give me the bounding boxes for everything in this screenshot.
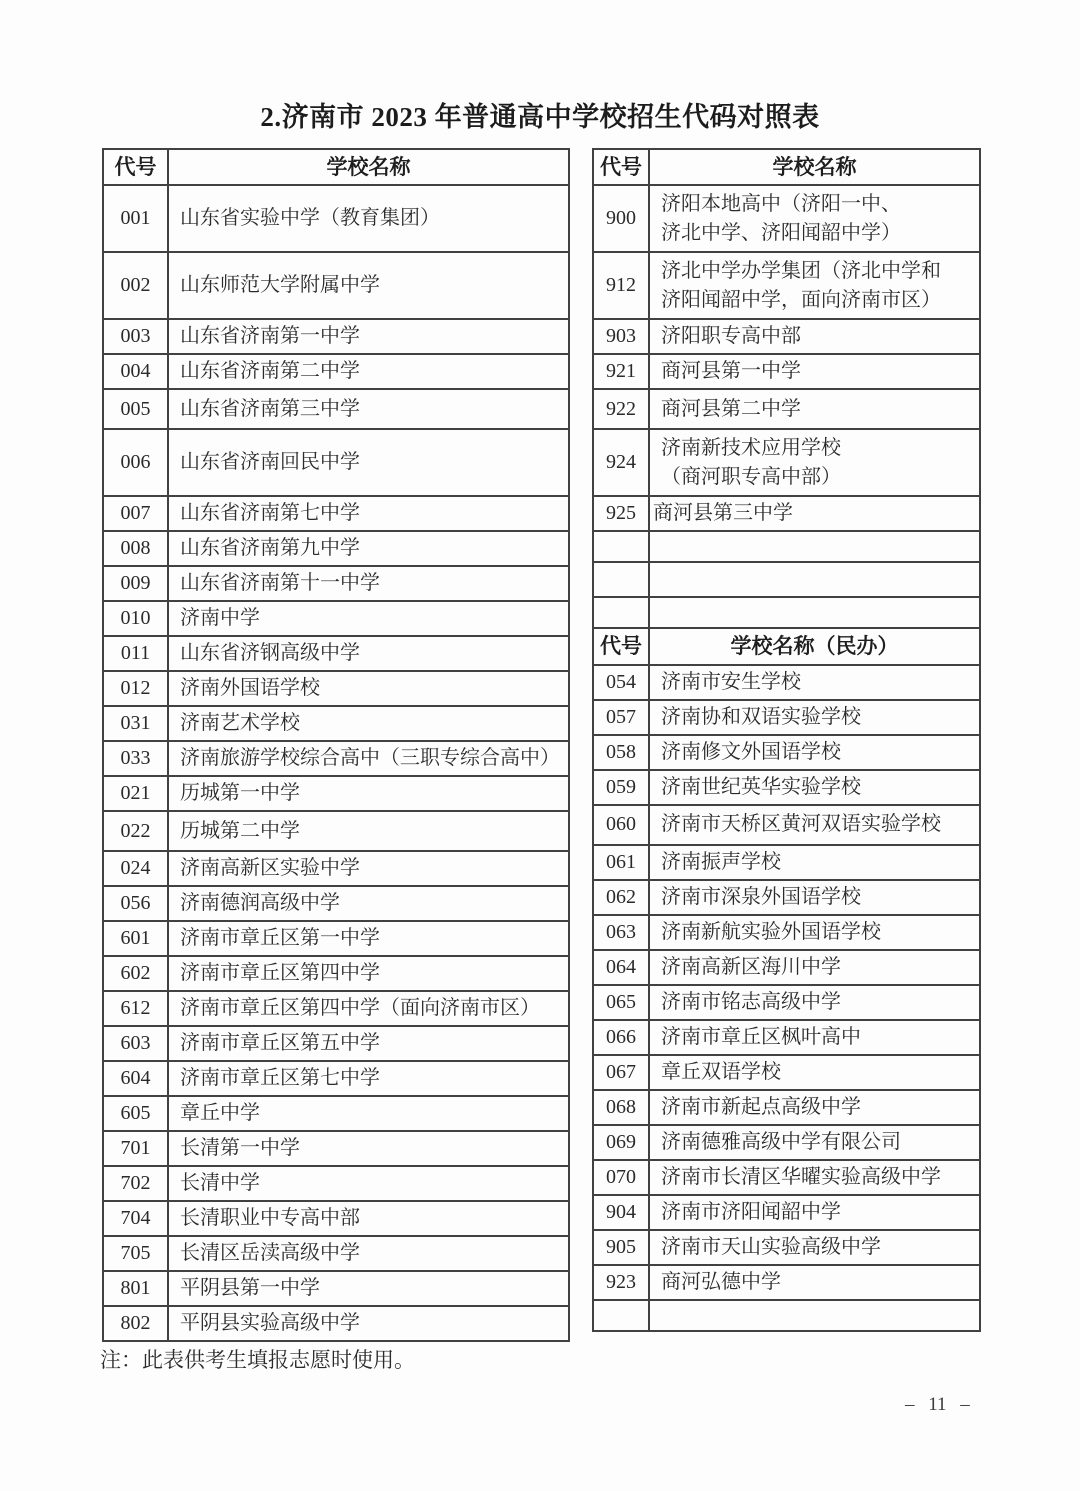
table-row: 066济南市章丘区枫叶高中: [593, 1020, 980, 1055]
table-row: 904济南市济阳闻韶中学: [593, 1195, 980, 1230]
table-row: 054济南市安生学校: [593, 665, 980, 700]
code-cell: 705: [103, 1236, 168, 1271]
code-cell: 905: [593, 1230, 649, 1265]
table-row: 001山东省实验中学（教育集团）: [103, 185, 569, 252]
code-cell: 605: [103, 1096, 168, 1131]
table-row: 006山东省济南回民中学: [103, 429, 569, 496]
table-row: 604济南市章丘区第七中学: [103, 1061, 569, 1096]
table-row: 070济南市长清区华曜实验高级中学: [593, 1160, 980, 1195]
code-cell: 601: [103, 921, 168, 956]
code-cell: 009: [103, 566, 168, 601]
school-name-cell: 商河县第一中学: [649, 354, 980, 389]
school-name-cell: 山东省实验中学（教育集团）: [168, 185, 569, 252]
school-name-cell: 济阳职专高中部: [649, 319, 980, 354]
code-cell: 011: [103, 636, 168, 671]
table-row: 924济南新技术应用学校 （商河职专高中部）: [593, 429, 980, 496]
code-cell: 066: [593, 1020, 649, 1055]
table-row: 702长清中学: [103, 1166, 569, 1201]
school-name-cell: 济南市章丘区第五中学: [168, 1026, 569, 1061]
code-cell: 022: [103, 811, 168, 851]
empty-row: [593, 562, 980, 597]
code-cell: [593, 597, 649, 628]
code-cell: 064: [593, 950, 649, 985]
table-row: 011山东省济钢高级中学: [103, 636, 569, 671]
school-name-cell: 济南旅游学校综合高中（三职专综合高中）: [168, 741, 569, 776]
school-code-table-right: 代号学校名称900济阳本地高中（济阳一中、 济北中学、济阳闻韶中学）912济北中…: [592, 148, 981, 1332]
table-row: 058济南修文外国语学校: [593, 735, 980, 770]
code-cell: 059: [593, 770, 649, 805]
table-row: 031济南艺术学校: [103, 706, 569, 741]
school-name-cell: 济南修文外国语学校: [649, 735, 980, 770]
code-cell: 008: [103, 531, 168, 566]
code-cell: 069: [593, 1125, 649, 1160]
table-row: 033济南旅游学校综合高中（三职专综合高中）: [103, 741, 569, 776]
code-cell: 603: [103, 1026, 168, 1061]
table-row: 024济南高新区实验中学: [103, 851, 569, 886]
code-cell: 012: [103, 671, 168, 706]
code-cell: 704: [103, 1201, 168, 1236]
school-name-cell: 济南市章丘区第四中学: [168, 956, 569, 991]
document-page: 2.济南市 2023 年普通高中学校招生代码对照表 代号学校名称001山东省实验…: [0, 0, 1080, 1491]
school-name-cell: 济南市章丘区第一中学: [168, 921, 569, 956]
code-cell: [593, 531, 649, 562]
school-name-cell: 山东师范大学附属中学: [168, 252, 569, 319]
code-cell: 912: [593, 252, 649, 319]
school-name-cell: [649, 1300, 980, 1331]
school-name-cell: 章丘中学: [168, 1096, 569, 1131]
code-cell: 922: [593, 389, 649, 429]
school-name-cell: 济南中学: [168, 601, 569, 636]
school-name-cell: 长清职业中专高中部: [168, 1201, 569, 1236]
code-cell: 925: [593, 496, 649, 531]
table-row: 912济北中学办学集团（济北中学和 济阳闻韶中学，面向济南市区）: [593, 252, 980, 319]
table-row: 705长清区岳渎高级中学: [103, 1236, 569, 1271]
table-row: 012济南外国语学校: [103, 671, 569, 706]
code-cell: 010: [103, 601, 168, 636]
school-name-cell: 济南新航实验外国语学校: [649, 915, 980, 950]
code-cell: 904: [593, 1195, 649, 1230]
table-row: 010济南中学: [103, 601, 569, 636]
name-header-cell: 学校名称: [168, 149, 569, 185]
school-name-cell: 济南市天山实验高级中学: [649, 1230, 980, 1265]
school-name-cell: 山东省济南第三中学: [168, 389, 569, 429]
table-row: 925商河县第三中学: [593, 496, 980, 531]
code-cell: [593, 562, 649, 597]
name-header-cell: 学校名称（民办）: [649, 628, 980, 664]
school-name-cell: 历城第二中学: [168, 811, 569, 851]
school-name-cell: 济南市章丘区枫叶高中: [649, 1020, 980, 1055]
table-row: 923商河弘德中学: [593, 1265, 980, 1300]
code-header-cell: 代号: [103, 149, 168, 185]
school-name-cell: 济南德润高级中学: [168, 886, 569, 921]
school-name-cell: 济南协和双语实验学校: [649, 700, 980, 735]
school-name-cell: 济南高新区实验中学: [168, 851, 569, 886]
code-cell: 701: [103, 1131, 168, 1166]
school-name-cell: 商河弘德中学: [649, 1265, 980, 1300]
code-cell: 903: [593, 319, 649, 354]
code-cell: 604: [103, 1061, 168, 1096]
footnote: 注：此表供考生填报志愿时使用。: [100, 1344, 415, 1374]
table-row: 057济南协和双语实验学校: [593, 700, 980, 735]
table-row: 007山东省济南第七中学: [103, 496, 569, 531]
table-row: 605章丘中学: [103, 1096, 569, 1131]
code-cell: 068: [593, 1090, 649, 1125]
code-cell: 001: [103, 185, 168, 252]
school-name-cell: 济南市铭志高级中学: [649, 985, 980, 1020]
code-cell: 921: [593, 354, 649, 389]
table-row: 905济南市天山实验高级中学: [593, 1230, 980, 1265]
school-name-cell: 济南市深泉外国语学校: [649, 880, 980, 915]
empty-row: [593, 597, 980, 628]
table-row: 903济阳职专高中部: [593, 319, 980, 354]
school-name-cell: 长清第一中学: [168, 1131, 569, 1166]
school-name-cell: 长清区岳渎高级中学: [168, 1236, 569, 1271]
school-name-cell: 山东省济南第十一中学: [168, 566, 569, 601]
table-row: 059济南世纪英华实验学校: [593, 770, 980, 805]
school-name-cell: 商河县第三中学: [649, 496, 980, 531]
school-name-cell: 济南市天桥区黄河双语实验学校: [649, 805, 980, 845]
school-name-cell: [649, 597, 980, 628]
school-name-cell: 章丘双语学校: [649, 1055, 980, 1090]
code-cell: 006: [103, 429, 168, 496]
code-cell: 002: [103, 252, 168, 319]
code-cell: 031: [103, 706, 168, 741]
school-name-cell: 济南市济阳闻韶中学: [649, 1195, 980, 1230]
code-cell: 057: [593, 700, 649, 735]
table-row: 056济南德润高级中学: [103, 886, 569, 921]
school-name-cell: 济南外国语学校: [168, 671, 569, 706]
code-cell: 924: [593, 429, 649, 496]
school-name-cell: 济南世纪英华实验学校: [649, 770, 980, 805]
school-name-cell: 山东省济钢高级中学: [168, 636, 569, 671]
table-row: 009山东省济南第十一中学: [103, 566, 569, 601]
table-row: 002山东师范大学附属中学: [103, 252, 569, 319]
table-row: 067章丘双语学校: [593, 1055, 980, 1090]
table-row: 064济南高新区海川中学: [593, 950, 980, 985]
table-row: 603济南市章丘区第五中学: [103, 1026, 569, 1061]
school-name-cell: 山东省济南第二中学: [168, 354, 569, 389]
table-row: 003山东省济南第一中学: [103, 319, 569, 354]
school-name-cell: 山东省济南第一中学: [168, 319, 569, 354]
code-cell: 801: [103, 1271, 168, 1306]
code-cell: 070: [593, 1160, 649, 1195]
school-name-cell: 济南市新起点高级中学: [649, 1090, 980, 1125]
school-name-cell: 山东省济南第七中学: [168, 496, 569, 531]
school-name-cell: [649, 531, 980, 562]
table-row: 900济阳本地高中（济阳一中、 济北中学、济阳闻韶中学）: [593, 185, 980, 252]
code-cell: 060: [593, 805, 649, 845]
table-row: 021历城第一中学: [103, 776, 569, 811]
school-name-cell: 历城第一中学: [168, 776, 569, 811]
school-name-cell: 济阳本地高中（济阳一中、 济北中学、济阳闻韶中学）: [649, 185, 980, 252]
code-cell: 802: [103, 1306, 168, 1341]
table-row: 005山东省济南第三中学: [103, 389, 569, 429]
table-row: 701长清第一中学: [103, 1131, 569, 1166]
school-name-cell: 商河县第二中学: [649, 389, 980, 429]
page-title: 2.济南市 2023 年普通高中学校招生代码对照表: [0, 95, 1080, 134]
code-cell: [593, 1300, 649, 1331]
school-name-cell: 济南市章丘区第七中学: [168, 1061, 569, 1096]
school-name-cell: 济南振声学校: [649, 845, 980, 880]
code-cell: 007: [103, 496, 168, 531]
table-row: 801平阴县第一中学: [103, 1271, 569, 1306]
school-name-cell: 山东省济南第九中学: [168, 531, 569, 566]
table-row: 802平阴县实验高级中学: [103, 1306, 569, 1341]
table-row: 069济南德雅高级中学有限公司: [593, 1125, 980, 1160]
table-row: 922商河县第二中学: [593, 389, 980, 429]
table-row: 008山东省济南第九中学: [103, 531, 569, 566]
code-header-cell: 代号: [593, 628, 649, 664]
name-header-cell: 学校名称: [649, 149, 980, 185]
school-name-cell: 山东省济南回民中学: [168, 429, 569, 496]
school-code-table-left-body: 代号学校名称001山东省实验中学（教育集团）002山东师范大学附属中学003山东…: [103, 149, 569, 1341]
code-cell: 063: [593, 915, 649, 950]
table-row: 061济南振声学校: [593, 845, 980, 880]
school-name-cell: 济南高新区海川中学: [649, 950, 980, 985]
table-row: 065济南市铭志高级中学: [593, 985, 980, 1020]
header-row: 代号学校名称（民办）: [593, 628, 980, 664]
table-row: 601济南市章丘区第一中学: [103, 921, 569, 956]
code-header-cell: 代号: [593, 149, 649, 185]
table-row: 062济南市深泉外国语学校: [593, 880, 980, 915]
code-cell: 900: [593, 185, 649, 252]
header-row: 代号学校名称: [593, 149, 980, 185]
table-row: 063济南新航实验外国语学校: [593, 915, 980, 950]
table-row: 004山东省济南第二中学: [103, 354, 569, 389]
code-cell: 612: [103, 991, 168, 1026]
empty-row: [593, 531, 980, 562]
code-cell: 702: [103, 1166, 168, 1201]
table-row: 921商河县第一中学: [593, 354, 980, 389]
table-row: 068济南市新起点高级中学: [593, 1090, 980, 1125]
code-cell: 003: [103, 319, 168, 354]
school-name-cell: 济北中学办学集团（济北中学和 济阳闻韶中学，面向济南市区）: [649, 252, 980, 319]
table-row: 060济南市天桥区黄河双语实验学校: [593, 805, 980, 845]
code-cell: 033: [103, 741, 168, 776]
school-name-cell: 平阴县第一中学: [168, 1271, 569, 1306]
code-cell: 067: [593, 1055, 649, 1090]
code-cell: 056: [103, 886, 168, 921]
table-row: 612济南市章丘区第四中学（面向济南市区）: [103, 991, 569, 1026]
school-name-cell: 济南新技术应用学校 （商河职专高中部）: [649, 429, 980, 496]
code-cell: 923: [593, 1265, 649, 1300]
code-cell: 021: [103, 776, 168, 811]
code-cell: 061: [593, 845, 649, 880]
school-name-cell: 济南市章丘区第四中学（面向济南市区）: [168, 991, 569, 1026]
school-name-cell: 济南德雅高级中学有限公司: [649, 1125, 980, 1160]
table-row: 602济南市章丘区第四中学: [103, 956, 569, 991]
school-name-cell: 长清中学: [168, 1166, 569, 1201]
table-row: 022历城第二中学: [103, 811, 569, 851]
code-cell: 024: [103, 851, 168, 886]
school-name-cell: 济南市长清区华曜实验高级中学: [649, 1160, 980, 1195]
code-cell: 058: [593, 735, 649, 770]
page-number: – 11 –: [905, 1394, 970, 1416]
code-cell: 062: [593, 880, 649, 915]
school-name-cell: [649, 562, 980, 597]
code-cell: 602: [103, 956, 168, 991]
school-name-cell: 平阴县实验高级中学: [168, 1306, 569, 1341]
header-row: 代号学校名称: [103, 149, 569, 185]
school-name-cell: 济南市安生学校: [649, 665, 980, 700]
school-code-table-left: 代号学校名称001山东省实验中学（教育集团）002山东师范大学附属中学003山东…: [102, 148, 570, 1342]
school-code-table-right-body: 代号学校名称900济阳本地高中（济阳一中、 济北中学、济阳闻韶中学）912济北中…: [593, 149, 980, 1331]
school-name-cell: 济南艺术学校: [168, 706, 569, 741]
code-cell: 065: [593, 985, 649, 1020]
empty-row: [593, 1300, 980, 1331]
table-row: 704长清职业中专高中部: [103, 1201, 569, 1236]
code-cell: 054: [593, 665, 649, 700]
code-cell: 004: [103, 354, 168, 389]
code-cell: 005: [103, 389, 168, 429]
